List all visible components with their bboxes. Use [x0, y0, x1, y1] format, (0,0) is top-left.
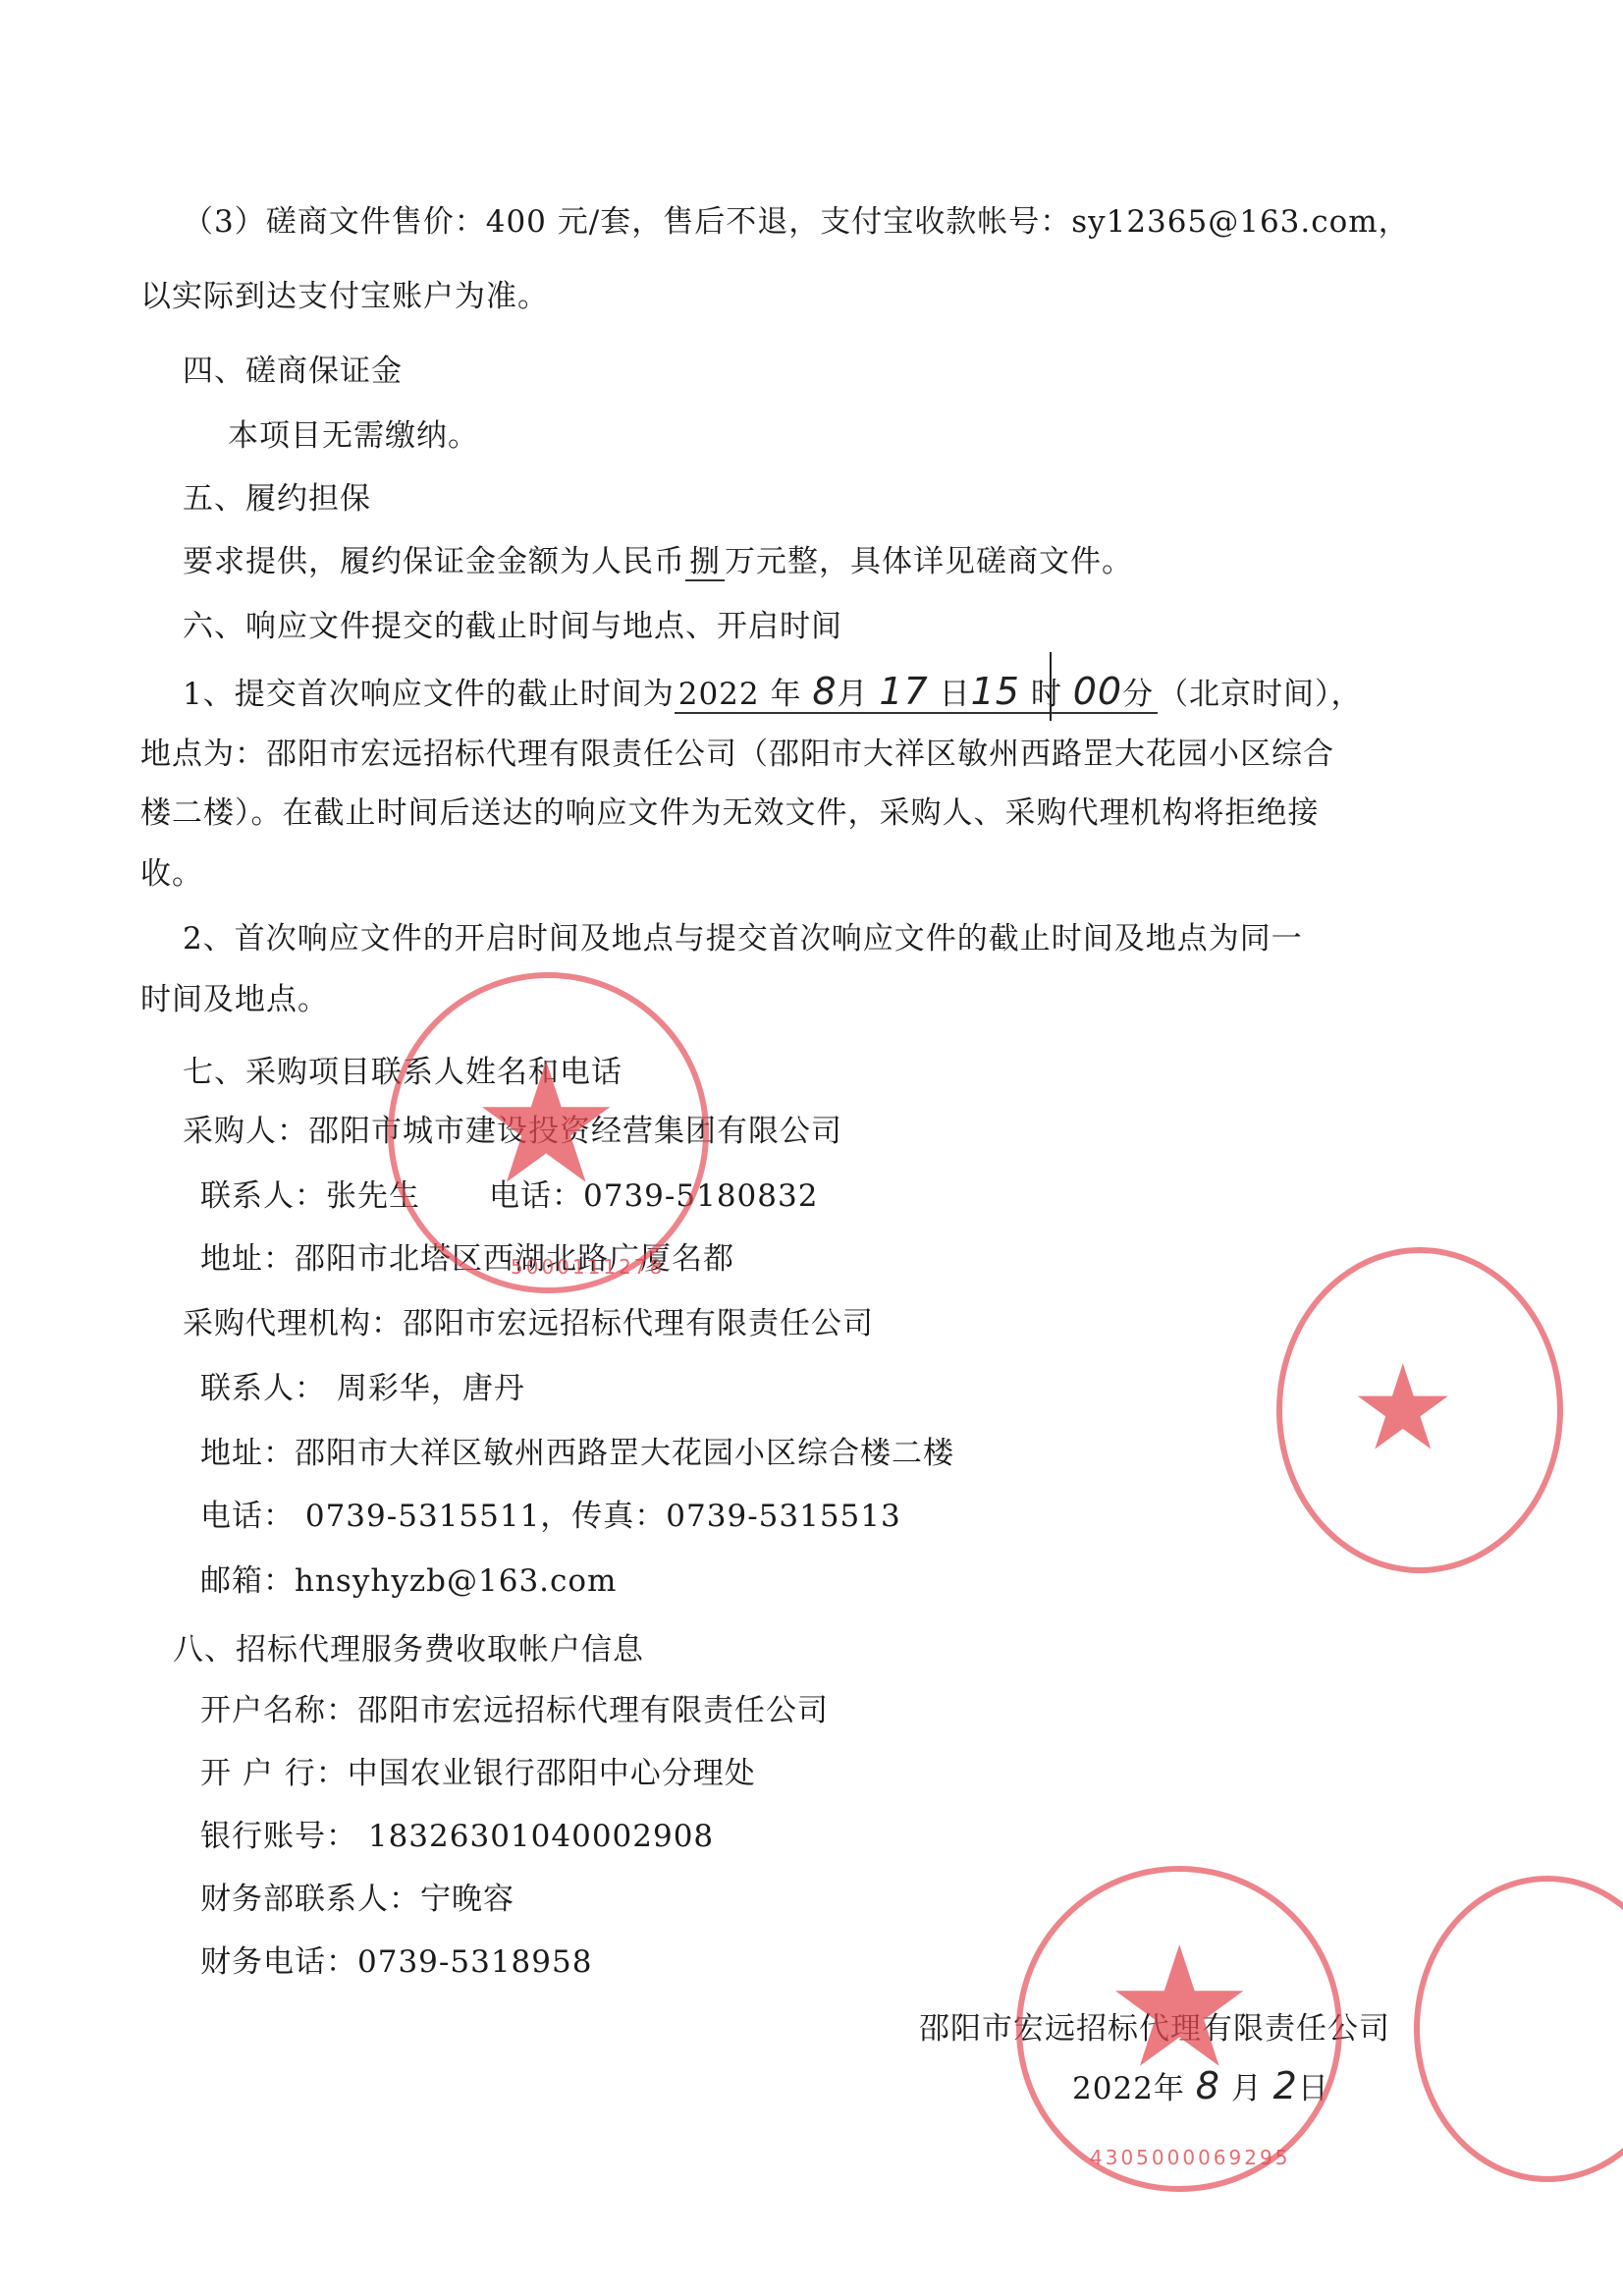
account-name-label: 开户名称： [200, 1693, 357, 1728]
opening-line-2: 时间及地点。 [140, 980, 329, 1019]
section-4-heading: 四、磋商保证金 [183, 352, 403, 391]
agency-line: 采购代理机构：邵阳市宏远招标代理有限责任公司 [183, 1304, 874, 1343]
performance-bond-amount: 捌 [685, 544, 725, 581]
agency-phone-line: 电话： 0739-5315511，传真：0739-5315513 [200, 1497, 901, 1536]
agency-seal-partial [1414, 1876, 1623, 2182]
deadline-datetime: 2022 年 8月 17 日15 时 00分 [675, 677, 1158, 714]
account-no: 18326301040002908 [368, 1819, 714, 1854]
bank-label: 开 户 行： [200, 1756, 348, 1791]
agency-fax: 0739-5315513 [666, 1499, 900, 1534]
document-page: （3）磋商文件售价：400 元/套，售后不退，支付宝收款帐号：sy12365@1… [0, 0, 1623, 2296]
section-5-heading: 五、履约担保 [183, 479, 371, 519]
bank-name: 中国农业银行邵阳中心分理处 [348, 1756, 756, 1791]
purchaser-seal-code: 5000111278 [511, 1255, 665, 1279]
deadline-minute-handwritten: 00 [1073, 670, 1122, 713]
agency-address: 邵阳市大祥区敏州西路罡大花园小区综合楼二楼 [295, 1436, 954, 1471]
deadline-day-unit: 日 [940, 677, 971, 712]
agency-address-line: 地址：邵阳市大祥区敏州西路罡大花园小区综合楼二楼 [200, 1434, 954, 1473]
finance-contact-line: 财务部联系人：宁晚容 [200, 1880, 514, 1919]
deadline-location-line-3: 收。 [140, 854, 203, 894]
agency-seal-star-icon: ★ [1105, 1925, 1254, 2092]
agency-name: 邵阳市宏远招标代理有限责任公司 [403, 1306, 874, 1341]
section-5-body-suffix: 万元整，具体详见磋商文件。 [725, 544, 1133, 579]
deadline-line: 1、提交首次响应文件的截止时间为2022 年 8月 17 日15 时 00分（北… [183, 672, 1363, 714]
deadline-suffix: （北京时间）， [1158, 677, 1363, 712]
account-no-label: 银行账号： [200, 1819, 357, 1854]
agency-phone: 0739-5315511 [305, 1499, 540, 1534]
agency-contact-label: 联系人： [200, 1371, 326, 1406]
section-8-heading: 八、招标代理服务费收取帐户信息 [173, 1630, 644, 1669]
agency-contact: 周彩华，唐丹 [337, 1371, 525, 1406]
doc-price-line-2: 以实际到达支付宝账户为准。 [140, 277, 549, 316]
agency-address-label: 地址： [200, 1436, 295, 1471]
section-5-body-prefix: 要求提供，履约保证金金额为人民币 [183, 544, 685, 579]
agency-fax-label: ，传真： [540, 1499, 666, 1534]
deadline-minute-unit: 分 [1122, 677, 1154, 712]
finance-phone-label: 财务电话： [200, 1944, 357, 1980]
purchaser-seal-star-icon: ★ [471, 1041, 621, 1208]
agency-email-line: 邮箱：hnsyhyzb@163.com [200, 1561, 617, 1601]
purchaser-address-label: 地址： [200, 1241, 295, 1277]
agency-email: hnsyhyzb@163.com [295, 1563, 617, 1599]
purchaser-contact-label: 联系人： [200, 1178, 326, 1214]
section-4-body: 本项目无需缴纳。 [228, 416, 479, 456]
finance-contact-label: 财务部联系人： [200, 1882, 420, 1917]
agency-phone-label: 电话： [200, 1499, 295, 1534]
section-5-body: 要求提供，履约保证金金额为人民币捌万元整，具体详见磋商文件。 [183, 542, 1133, 581]
deadline-day-handwritten: 17 [879, 670, 928, 713]
account-name: 邵阳市宏远招标代理有限责任公司 [357, 1693, 829, 1728]
finance-phone-line: 财务电话：0739-5318958 [200, 1942, 592, 1982]
purchaser-label: 采购人： [183, 1114, 308, 1149]
doc-price-line-1: （3）磋商文件售价：400 元/套，售后不退，支付宝收款帐号：sy12365@1… [183, 202, 1410, 242]
finance-phone: 0739-5318958 [357, 1944, 592, 1980]
agency-email-label: 邮箱： [200, 1563, 295, 1599]
handwritten-stroke [1050, 652, 1052, 721]
bank-line: 开 户 行：中国农业银行邵阳中心分理处 [200, 1754, 756, 1793]
finance-contact: 宁晚容 [420, 1882, 514, 1917]
deadline-year: 2022 [678, 677, 760, 712]
purchaser-partial-seal-star-icon: ★ [1350, 1350, 1456, 1468]
deadline-year-unit: 年 [771, 677, 802, 712]
deadline-prefix: 1、提交首次响应文件的截止时间为 [183, 677, 675, 712]
agency-label: 采购代理机构： [183, 1306, 403, 1341]
deadline-location-line-2: 楼二楼）。在截止时间后送达的响应文件为无效文件，采购人、采购代理机构将拒绝接 [140, 793, 1320, 833]
deadline-month-handwritten: 8 [812, 670, 837, 713]
deadline-hour-handwritten: 15 [971, 670, 1020, 713]
section-6-heading: 六、响应文件提交的截止时间与地点、开启时间 [183, 607, 842, 646]
opening-line-1: 2、首次响应文件的开启时间及地点与提交首次响应文件的截止时间及地点为同一 [183, 919, 1303, 958]
deadline-hour-unit: 时 [1031, 677, 1062, 712]
purchaser-contact-line: 联系人：张先生 [200, 1176, 420, 1216]
deadline-location-line-1: 地点为：邵阳市宏远招标代理有限责任公司（邵阳市大祥区敏州西路罡大花园小区综合 [140, 735, 1334, 774]
account-name-line: 开户名称：邵阳市宏远招标代理有限责任公司 [200, 1691, 829, 1730]
deadline-month-unit: 月 [838, 677, 869, 712]
agency-contact-line: 联系人： 周彩华，唐丹 [200, 1369, 525, 1408]
agency-seal-code: 4305000069295 [1090, 2146, 1290, 2169]
account-no-line: 银行账号： 18326301040002908 [200, 1817, 714, 1856]
